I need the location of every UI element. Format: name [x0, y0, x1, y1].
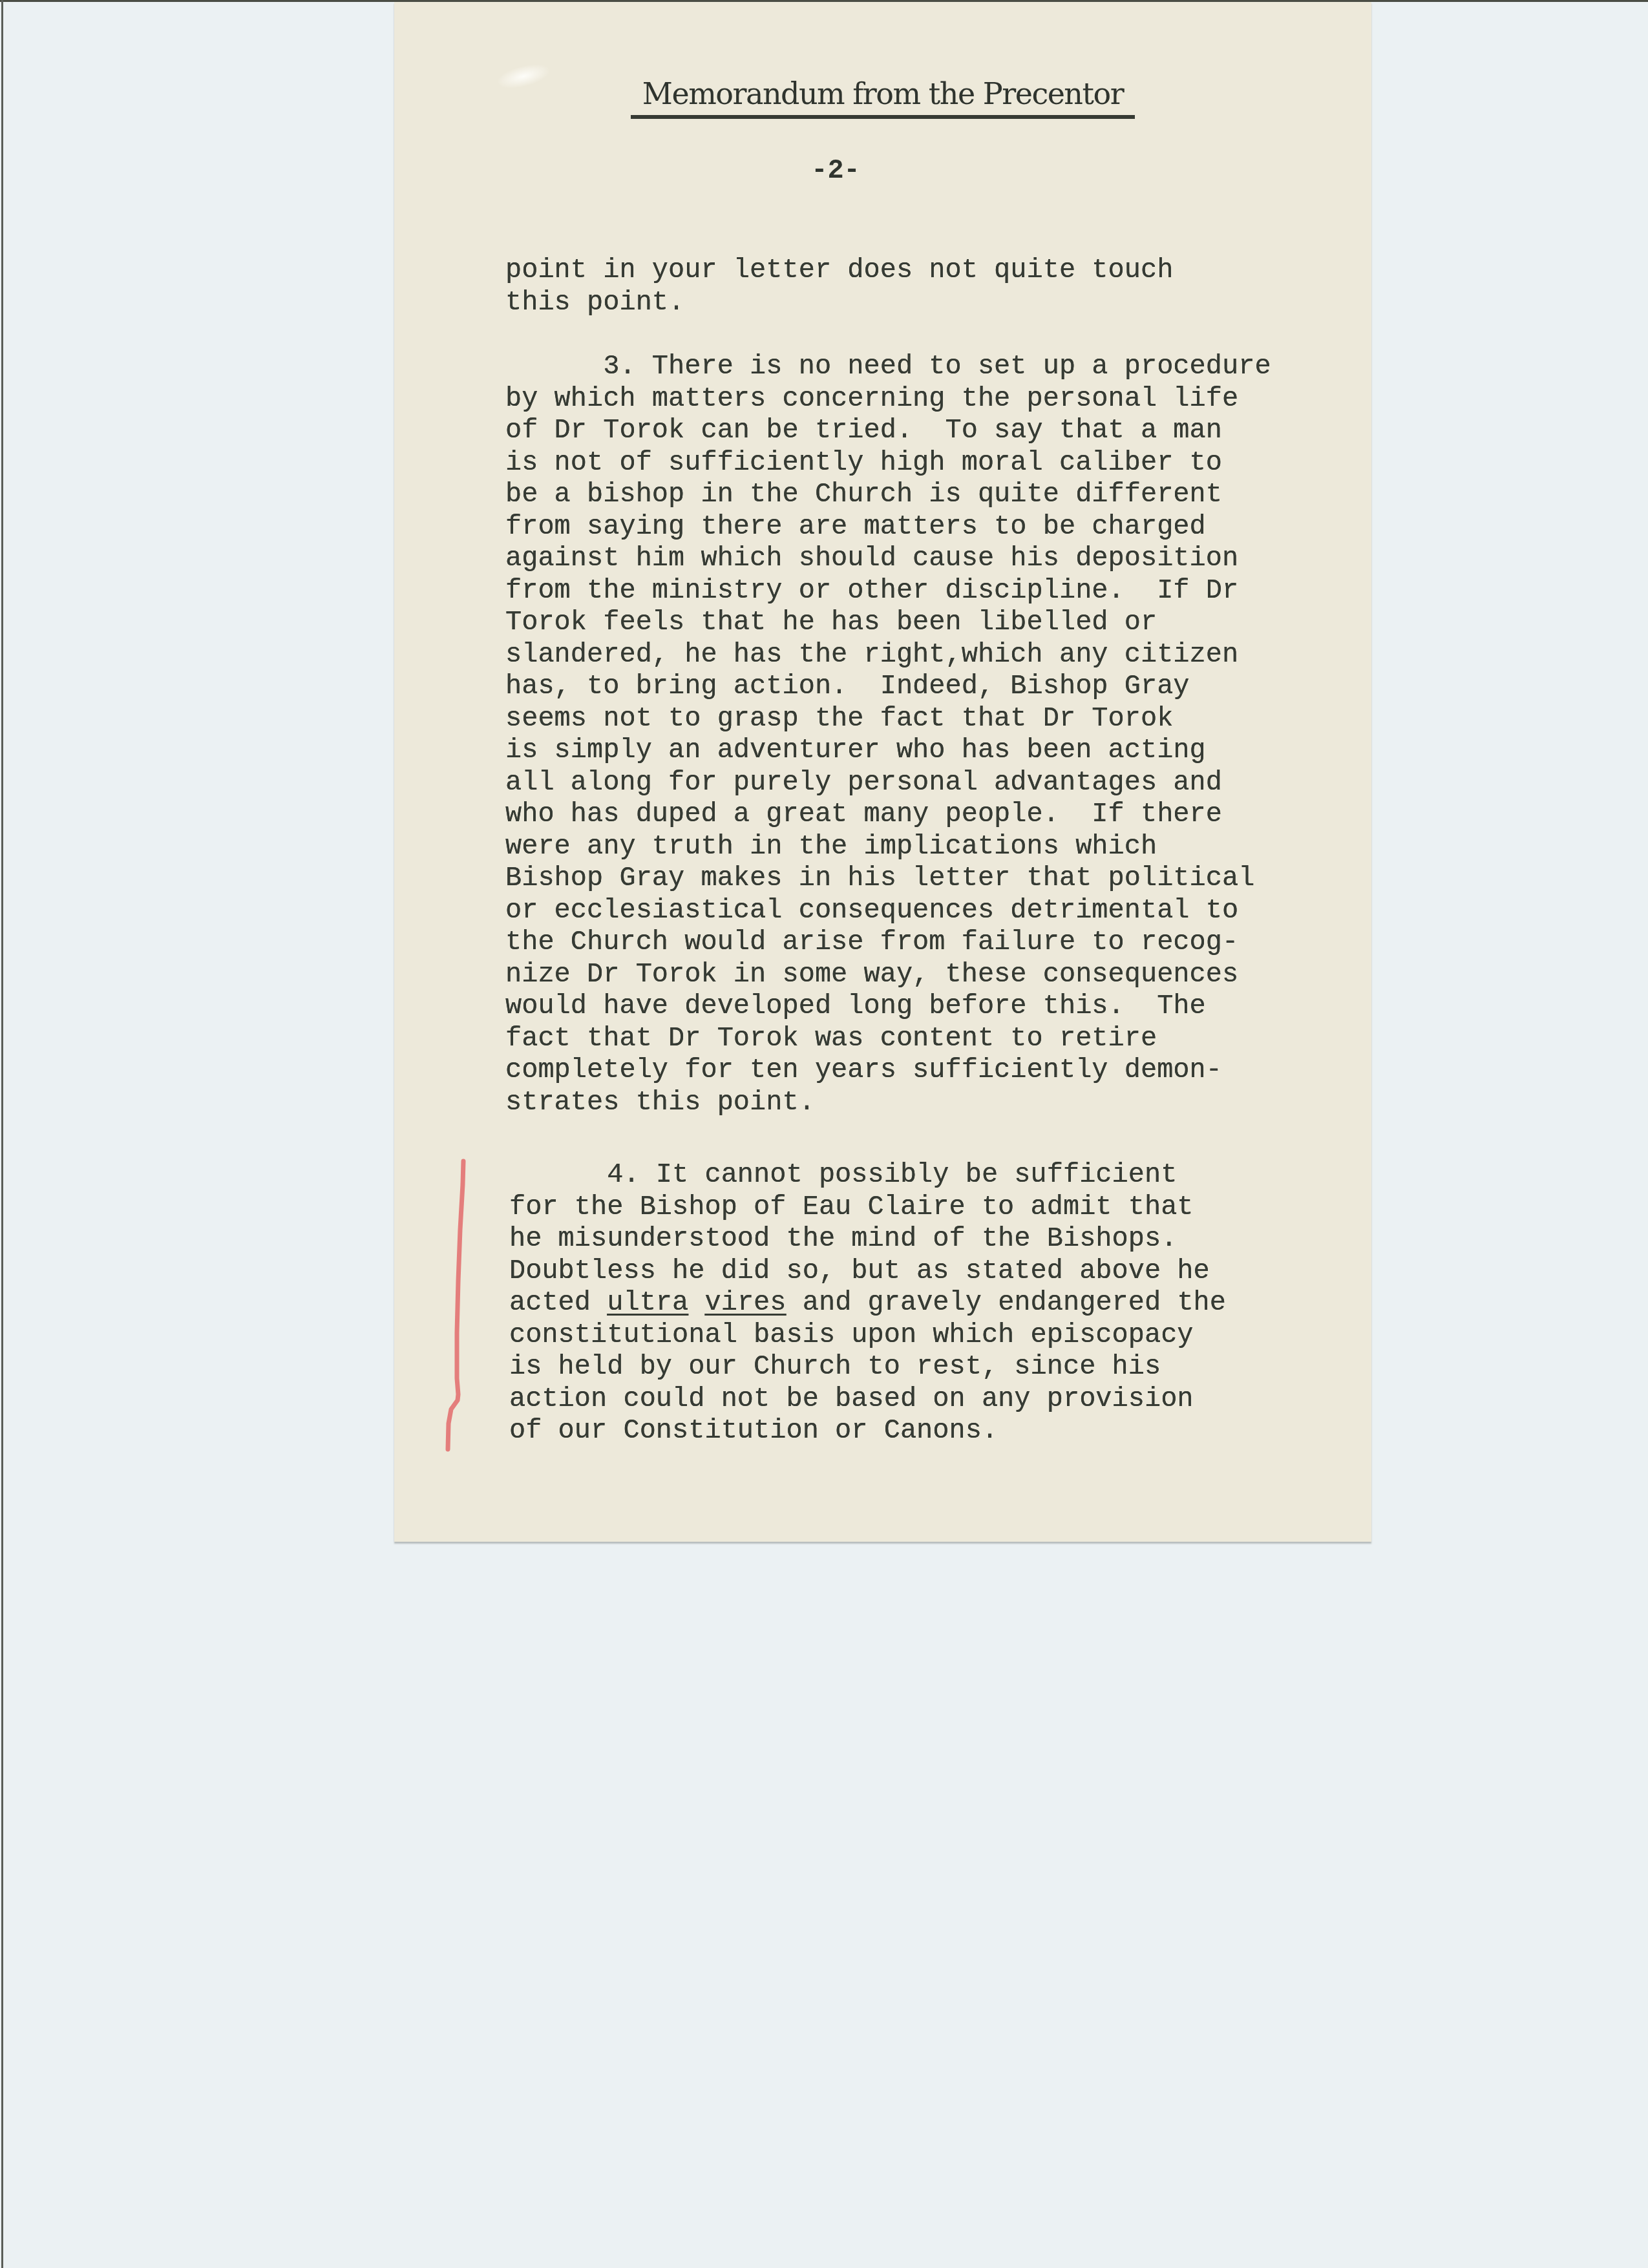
typed-line: strates this point. — [505, 1087, 1271, 1119]
scanner-edge-left — [1, 0, 3, 2268]
typed-line: the Church would arise from failure to r… — [505, 927, 1271, 959]
typed-line: 4. It cannot possibly be sufficient — [509, 1159, 1226, 1192]
typed-line: from the ministry or other discipline. I… — [505, 575, 1271, 607]
typed-line: slandered, he has the right,which any ci… — [505, 639, 1271, 671]
typed-line: acted ultra vires and gravely endangered… — [509, 1287, 1226, 1319]
typed-line: has, to bring action. Indeed, Bishop Gra… — [505, 671, 1271, 703]
typed-line: be a bishop in the Church is quite diffe… — [505, 479, 1271, 511]
typed-line: of our Constitution or Canons. — [509, 1415, 1226, 1447]
typed-line: who has duped a great many people. If th… — [505, 799, 1271, 831]
typed-line: Doubtless he did so, but as stated above… — [509, 1255, 1226, 1288]
typed-line: would have developed long before this. T… — [505, 991, 1271, 1023]
typed-line: seems not to grasp the fact that Dr Toro… — [505, 703, 1271, 735]
typed-line: Torok feels that he has been libelled or — [505, 607, 1271, 639]
typed-line: action could not be based on any provisi… — [509, 1383, 1226, 1416]
typed-line: point in your letter does not quite touc… — [505, 255, 1173, 287]
typed-line: fact that Dr Torok was content to retire — [505, 1023, 1271, 1055]
typed-line: of Dr Torok can be tried. To say that a … — [505, 415, 1271, 447]
typed-line: he misunderstood the mind of the Bishops… — [509, 1223, 1226, 1255]
typed-line: Bishop Gray makes in his letter that pol… — [505, 863, 1271, 895]
paragraph-item-4: 4. It cannot possibly be sufficientfor t… — [509, 1159, 1226, 1447]
memo-page: Memorandum from the Precentor -2- point … — [394, 2, 1371, 1542]
text-segment: acted — [509, 1287, 607, 1318]
typed-line: is simply an adventurer who has been act… — [505, 735, 1271, 767]
typed-line: nize Dr Torok in some way, these consequ… — [505, 959, 1271, 991]
letterhead-title: Memorandum from the Precentor — [631, 74, 1135, 113]
letterhead-rule — [631, 115, 1135, 119]
typed-line: from saying there are matters to be char… — [505, 511, 1271, 543]
page-number: -2- — [771, 155, 900, 187]
typed-line: 3. There is no need to set up a procedur… — [505, 351, 1271, 383]
typed-line: is not of sufficiently high moral calibe… — [505, 447, 1271, 479]
red-pencil-stroke — [448, 1161, 463, 1449]
paper-tear-mark — [496, 61, 551, 92]
typed-line: completely for ten years sufficiently de… — [505, 1055, 1271, 1087]
typed-line: or ecclesiastical consequences detriment… — [505, 895, 1271, 927]
typed-line: constitutional basis upon which episcopa… — [509, 1319, 1226, 1352]
typed-line: for the Bishop of Eau Claire to admit th… — [509, 1192, 1226, 1224]
typed-line: by which matters concerning the personal… — [505, 383, 1271, 415]
paragraph-item-3: 3. There is no need to set up a procedur… — [505, 351, 1271, 1118]
typed-line: is held by our Church to rest, since his — [509, 1351, 1226, 1383]
typed-line: all along for purely personal advantages… — [505, 767, 1271, 799]
typed-line: this point. — [505, 287, 1173, 319]
typed-line: were any truth in the implications which — [505, 831, 1271, 863]
typed-line: against him which should cause his depos… — [505, 543, 1271, 575]
underlined-phrase: vires — [704, 1287, 786, 1318]
paragraph-continuation: point in your letter does not quite touc… — [505, 255, 1173, 319]
text-segment: and gravely endangered the — [787, 1287, 1227, 1318]
text-segment — [688, 1287, 704, 1318]
underlined-phrase: ultra — [607, 1287, 688, 1318]
